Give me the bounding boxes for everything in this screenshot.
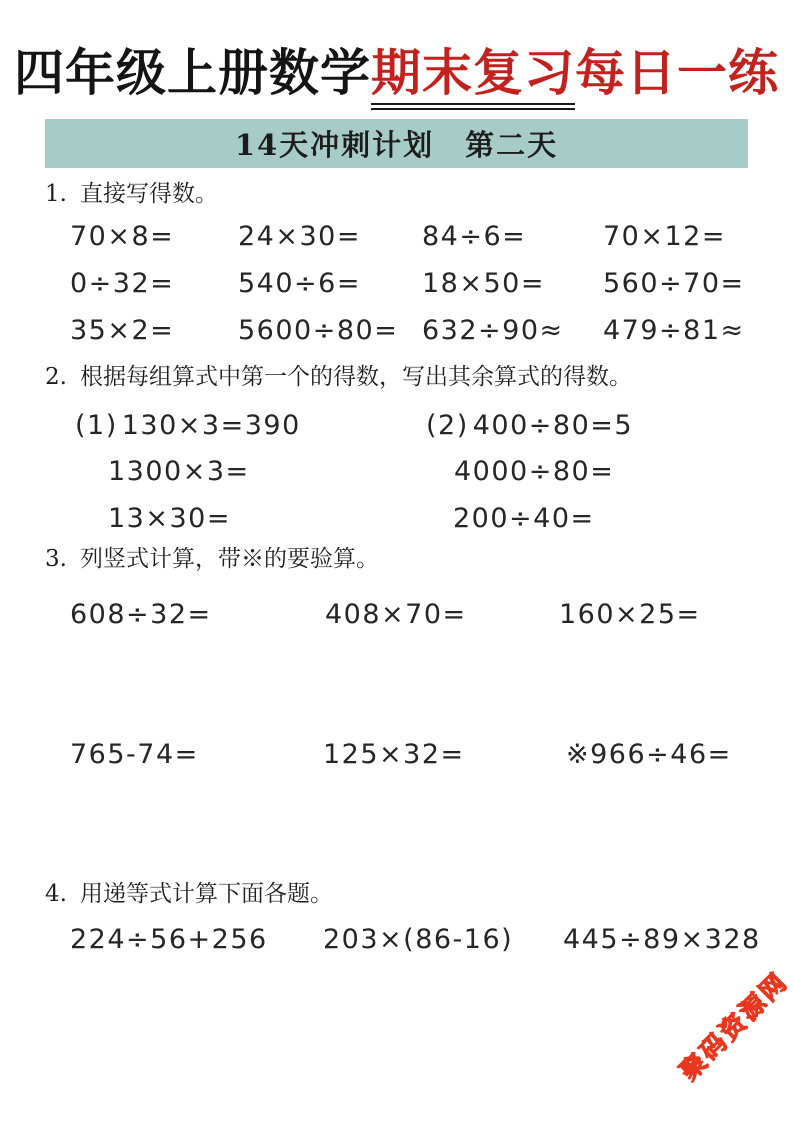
expression: 560÷70= xyxy=(603,270,745,298)
expression: 203×(86-16) xyxy=(323,926,513,954)
section-1-number: 1. xyxy=(45,181,69,207)
expression: 125×32= xyxy=(323,741,465,769)
expression: ※966÷46= xyxy=(566,741,732,769)
expression: 84÷6= xyxy=(422,223,526,251)
expression: 408×70= xyxy=(325,601,467,629)
title-red-underlined-part: 期末复习 xyxy=(371,43,575,110)
section-4-number: 4. xyxy=(45,881,69,907)
expression: 540÷6= xyxy=(238,270,361,298)
title-red-part: 每日一练 xyxy=(575,43,779,102)
expression: 224÷56+256 xyxy=(70,926,268,954)
worksheet-page: 四年级上册数学期末复习每日一练 14天冲刺计划 第二天 1. 直接写得数。 70… xyxy=(0,0,793,1122)
expression: 0÷32= xyxy=(70,270,174,298)
section-3-header: 3. 列竖式计算，带※的要验算。 xyxy=(45,546,379,572)
page-title: 四年级上册数学期末复习每日一练 xyxy=(0,40,793,105)
expression: 400÷80=5 xyxy=(473,410,633,441)
section-4-heading: 用递等式计算下面各题。 xyxy=(80,881,333,907)
title-black-part: 四年级上册数学 xyxy=(14,43,371,102)
expression: 4000÷80= xyxy=(454,458,614,486)
plan-banner-text: 14天冲刺计划 第二天 xyxy=(235,123,558,164)
expression: 160×25= xyxy=(559,601,701,629)
group-2-first-line: (2)400÷80=5 xyxy=(426,412,633,440)
site-watermark: 聚码资源网 xyxy=(671,963,793,1087)
section-4-header: 4. 用递等式计算下面各题。 xyxy=(45,881,333,907)
expression: 18×50= xyxy=(422,270,545,298)
section-1-heading: 直接写得数。 xyxy=(80,181,218,207)
plan-banner: 14天冲刺计划 第二天 xyxy=(45,119,748,168)
section-3-number: 3. xyxy=(45,546,69,572)
expression: 5600÷80= xyxy=(238,317,398,345)
expression: 1300×3= xyxy=(108,458,250,486)
section-2-header: 2. 根据每组算式中第一个的得数，写出其余算式的得数。 xyxy=(45,364,632,390)
expression: 479÷81≈ xyxy=(603,317,745,345)
expression: 70×8= xyxy=(70,223,174,251)
group-2-label: (2) xyxy=(426,410,469,441)
expression: 632÷90≈ xyxy=(422,317,564,345)
expression: 130×3=390 xyxy=(122,410,301,441)
section-2-number: 2. xyxy=(45,364,69,390)
expression: 70×12= xyxy=(603,223,726,251)
section-2-heading: 根据每组算式中第一个的得数，写出其余算式的得数。 xyxy=(80,364,632,390)
expression: 24×30= xyxy=(238,223,361,251)
expression: 608÷32= xyxy=(70,601,212,629)
expression: 35×2= xyxy=(70,317,174,345)
section-1-header: 1. 直接写得数。 xyxy=(45,181,218,207)
expression: 765-74= xyxy=(70,741,199,769)
expression: 200÷40= xyxy=(453,505,595,533)
group-1-label: (1) xyxy=(75,410,118,441)
expression: 445÷89×328 xyxy=(563,926,761,954)
group-1-first-line: (1)130×3=390 xyxy=(75,412,301,440)
expression: 13×30= xyxy=(108,505,231,533)
section-3-heading: 列竖式计算，带※的要验算。 xyxy=(80,546,379,572)
